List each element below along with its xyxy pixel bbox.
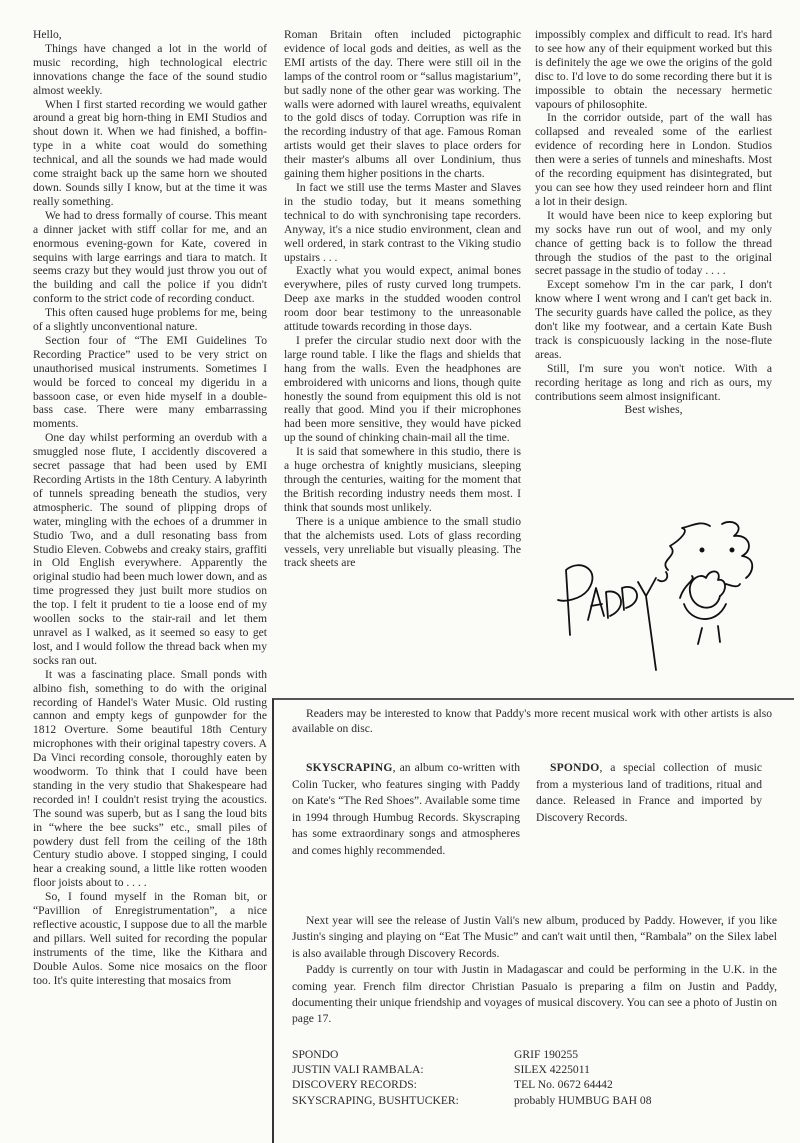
paragraph: In fact we still use the terms Master an…	[284, 181, 521, 264]
paragraph: Exactly what you would expect, animal bo…	[284, 264, 521, 334]
recent-work-box: Readers may be interested to know that P…	[272, 698, 794, 1143]
letter-column-1: Hello, Things have changed a lot in the …	[33, 28, 267, 1138]
catalog-ref: probably HUMBUG BAH 08	[514, 1093, 777, 1108]
signature-doodle-icon	[540, 500, 780, 690]
paragraph: I prefer the circular studio next door w…	[284, 334, 521, 445]
paragraph: There is a unique ambience to the small …	[284, 515, 521, 571]
letter-column-3: impossibly complex and difficult to read…	[535, 28, 772, 417]
album-title: SPONDO	[550, 761, 600, 774]
album-description: , an album co-written with Colin Tucker,…	[292, 761, 520, 857]
catalog-row: SKYSCRAPING, BUSHTUCKER: probably HUMBUG…	[292, 1093, 777, 1108]
catalog-ref: GRIF 190255	[514, 1047, 777, 1062]
paragraph: In the corridor outside, part of the wal…	[535, 111, 772, 208]
intro-paragraph: Readers may be interested to know that P…	[292, 706, 772, 736]
catalog-ref: SILEX 4225011	[514, 1062, 777, 1077]
paragraph: We had to dress formally of course. This…	[33, 209, 267, 306]
paragraph: Roman Britain often included pictogra­ph…	[284, 28, 521, 181]
album-spondo: SPONDO, a special collection of music fr…	[536, 760, 762, 826]
catalog-row: DISCOVERY RECORDS: TEL No. 0672 64442	[292, 1077, 777, 1092]
box-intro: Readers may be interested to know that P…	[292, 706, 772, 736]
news-paragraph: Paddy is currently on tour with Justin i…	[292, 962, 777, 1028]
catalog-item: SPONDO	[292, 1047, 514, 1062]
catalog-item: DISCOVERY RECORDS:	[292, 1077, 514, 1092]
album-title: SKYSCRAPING	[306, 761, 393, 774]
paragraph: impossibly complex and difficult to read…	[535, 28, 772, 111]
paragraph: This often caused huge problems for me, …	[33, 306, 267, 334]
paragraph: It was a fascinating place. Small ponds …	[33, 668, 267, 891]
catalog-item: JUSTIN VALI RAMBALA:	[292, 1062, 514, 1077]
paragraph: Except somehow I'm in the car park, I do…	[535, 278, 772, 361]
paragraph: It would have been nice to keep explor­i…	[535, 209, 772, 279]
letter-column-2: Roman Britain often included pictogra­ph…	[284, 28, 521, 570]
paragraph: Still, I'm sure you won't notice. With a…	[535, 362, 772, 404]
paragraph: It is said that somewhere in this studio…	[284, 445, 521, 515]
paragraph: So, I found myself in the Roman bit, or …	[33, 890, 267, 987]
paragraph: One day whilst performing an overdub wit…	[33, 431, 267, 667]
catalog-item: SKYSCRAPING, BUSHTUCKER:	[292, 1093, 514, 1108]
signoff: Best wishes,	[535, 403, 772, 417]
paragraph: When I first started recording we would …	[33, 98, 267, 209]
paragraph: Section four of “The EMI Guidelines To R…	[33, 334, 267, 431]
catalog-row: JUSTIN VALI RAMBALA: SILEX 4225011	[292, 1062, 777, 1077]
catalog-row: SPONDO GRIF 190255	[292, 1047, 777, 1062]
catalog-list: SPONDO GRIF 190255 JUSTIN VALI RAMBALA: …	[292, 1047, 777, 1108]
news-section: Next year will see the release of Justin…	[292, 913, 777, 1028]
greeting: Hello,	[33, 28, 267, 42]
news-paragraph: Next year will see the release of Justin…	[292, 913, 777, 962]
paragraph: Things have changed a lot in the world o…	[33, 42, 267, 98]
catalog-ref: TEL No. 0672 64442	[514, 1077, 777, 1092]
album-skyscraping: SKYSCRAPING, an album co-written with Co…	[292, 760, 520, 859]
